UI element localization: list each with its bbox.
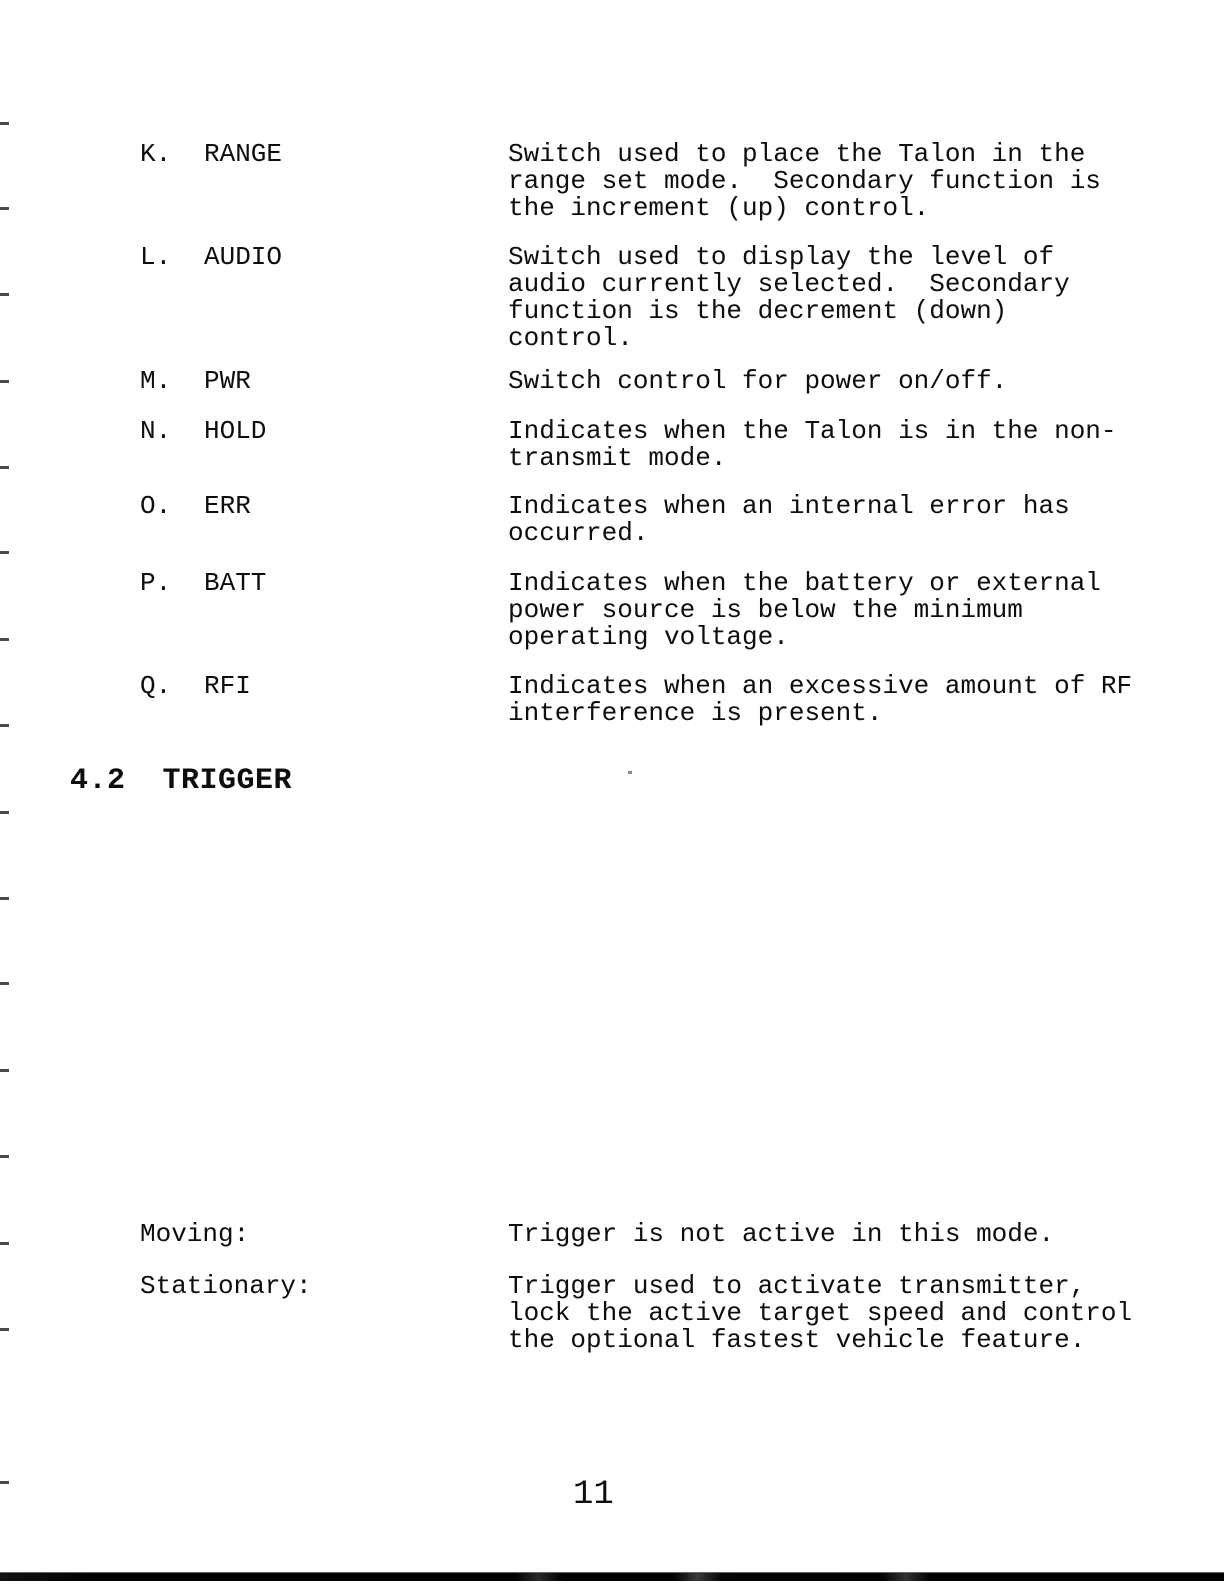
scan-tick <box>0 811 9 814</box>
scan-tick <box>0 207 9 210</box>
text-line: audio currently selected. Secondary <box>508 271 1070 298</box>
text-line: control. <box>508 325 1070 352</box>
entry-description: Switch control for power on/off. <box>508 368 1007 395</box>
text-line: interference is present. <box>508 700 1132 727</box>
entry-name: BATT <box>204 568 266 598</box>
entry-label: M.PWR <box>140 368 251 395</box>
scan-tick <box>0 982 9 985</box>
scan-tick <box>0 724 9 727</box>
entry-name: AUDIO <box>204 242 282 272</box>
entry-name: RANGE <box>204 139 282 169</box>
scanned-manual-page: K.RANGE Switch used to place the Talon i… <box>0 0 1224 1584</box>
text-line: transmit mode. <box>508 445 1117 472</box>
scan-tick <box>0 1242 9 1245</box>
text-line: range set mode. Secondary function is <box>508 168 1101 195</box>
entry-key: M. <box>140 368 204 395</box>
entry-name: HOLD <box>204 416 266 446</box>
text-line: function is the decrement (down) <box>508 298 1070 325</box>
text-line: Switch used to place the Talon in the <box>508 141 1101 168</box>
mode-label: Moving: <box>140 1221 249 1248</box>
mode-label: Stationary: <box>140 1273 312 1300</box>
entry-label: N.HOLD <box>140 418 266 445</box>
text-line: operating voltage. <box>508 624 1101 651</box>
scan-tick <box>0 897 9 900</box>
text-line: the optional fastest vehicle feature. <box>508 1327 1132 1354</box>
text-line: Trigger used to activate transmitter, <box>508 1273 1132 1300</box>
entry-key: Q. <box>140 673 204 700</box>
text-line: Indicates when an internal error has <box>508 493 1070 520</box>
scan-tick <box>0 466 9 469</box>
scan-tick <box>0 380 9 383</box>
entry-label: P.BATT <box>140 570 266 597</box>
entry-description: Indicates when the Talon is in the non-t… <box>508 418 1117 472</box>
entry-key: O. <box>140 493 204 520</box>
mode-description: Trigger used to activate transmitter,loc… <box>508 1273 1132 1354</box>
text-line: power source is below the minimum <box>508 597 1101 624</box>
entry-description: Indicates when an internal error hasoccu… <box>508 493 1070 547</box>
text-line: Indicates when the battery or external <box>508 570 1101 597</box>
entry-description: Indicates when the battery or externalpo… <box>508 570 1101 651</box>
scan-tick <box>0 293 9 296</box>
bottom-scan-bar <box>0 1572 1224 1581</box>
scan-tick <box>0 1328 9 1331</box>
entry-label: L.AUDIO <box>140 244 282 271</box>
entry-key: L. <box>140 244 204 271</box>
entry-label: Q.RFI <box>140 673 251 700</box>
mode-description: Trigger is not active in this mode. <box>508 1221 1054 1248</box>
scan-speck <box>628 771 632 774</box>
text-line: occurred. <box>508 520 1070 547</box>
scan-tick <box>0 1069 9 1072</box>
text-line: Trigger is not active in this mode. <box>508 1221 1054 1248</box>
entry-description: Switch used to place the Talon in theran… <box>508 141 1101 222</box>
entry-label: O.ERR <box>140 493 251 520</box>
scan-tick <box>0 551 9 554</box>
entry-name: RFI <box>204 671 251 701</box>
section-heading: 4.2 TRIGGER <box>70 766 292 797</box>
text-line: the increment (up) control. <box>508 195 1101 222</box>
scan-tick <box>0 1155 9 1158</box>
text-line: Switch used to display the level of <box>508 244 1070 271</box>
text-line: lock the active target speed and control <box>508 1300 1132 1327</box>
entry-label: K.RANGE <box>140 141 282 168</box>
page-number: 11 <box>573 1478 614 1512</box>
scan-tick <box>0 638 9 641</box>
scan-tick <box>0 1481 9 1484</box>
entry-description: Indicates when an excessive amount of RF… <box>508 673 1132 727</box>
entry-key: N. <box>140 418 204 445</box>
entry-name: ERR <box>204 491 251 521</box>
entry-name: PWR <box>204 366 251 396</box>
text-line: Indicates when the Talon is in the non- <box>508 418 1117 445</box>
entry-key: K. <box>140 141 204 168</box>
entry-key: P. <box>140 570 204 597</box>
entry-description: Switch used to display the level ofaudio… <box>508 244 1070 352</box>
scan-tick <box>0 122 9 125</box>
text-line: Switch control for power on/off. <box>508 368 1007 395</box>
text-line: Indicates when an excessive amount of RF <box>508 673 1132 700</box>
